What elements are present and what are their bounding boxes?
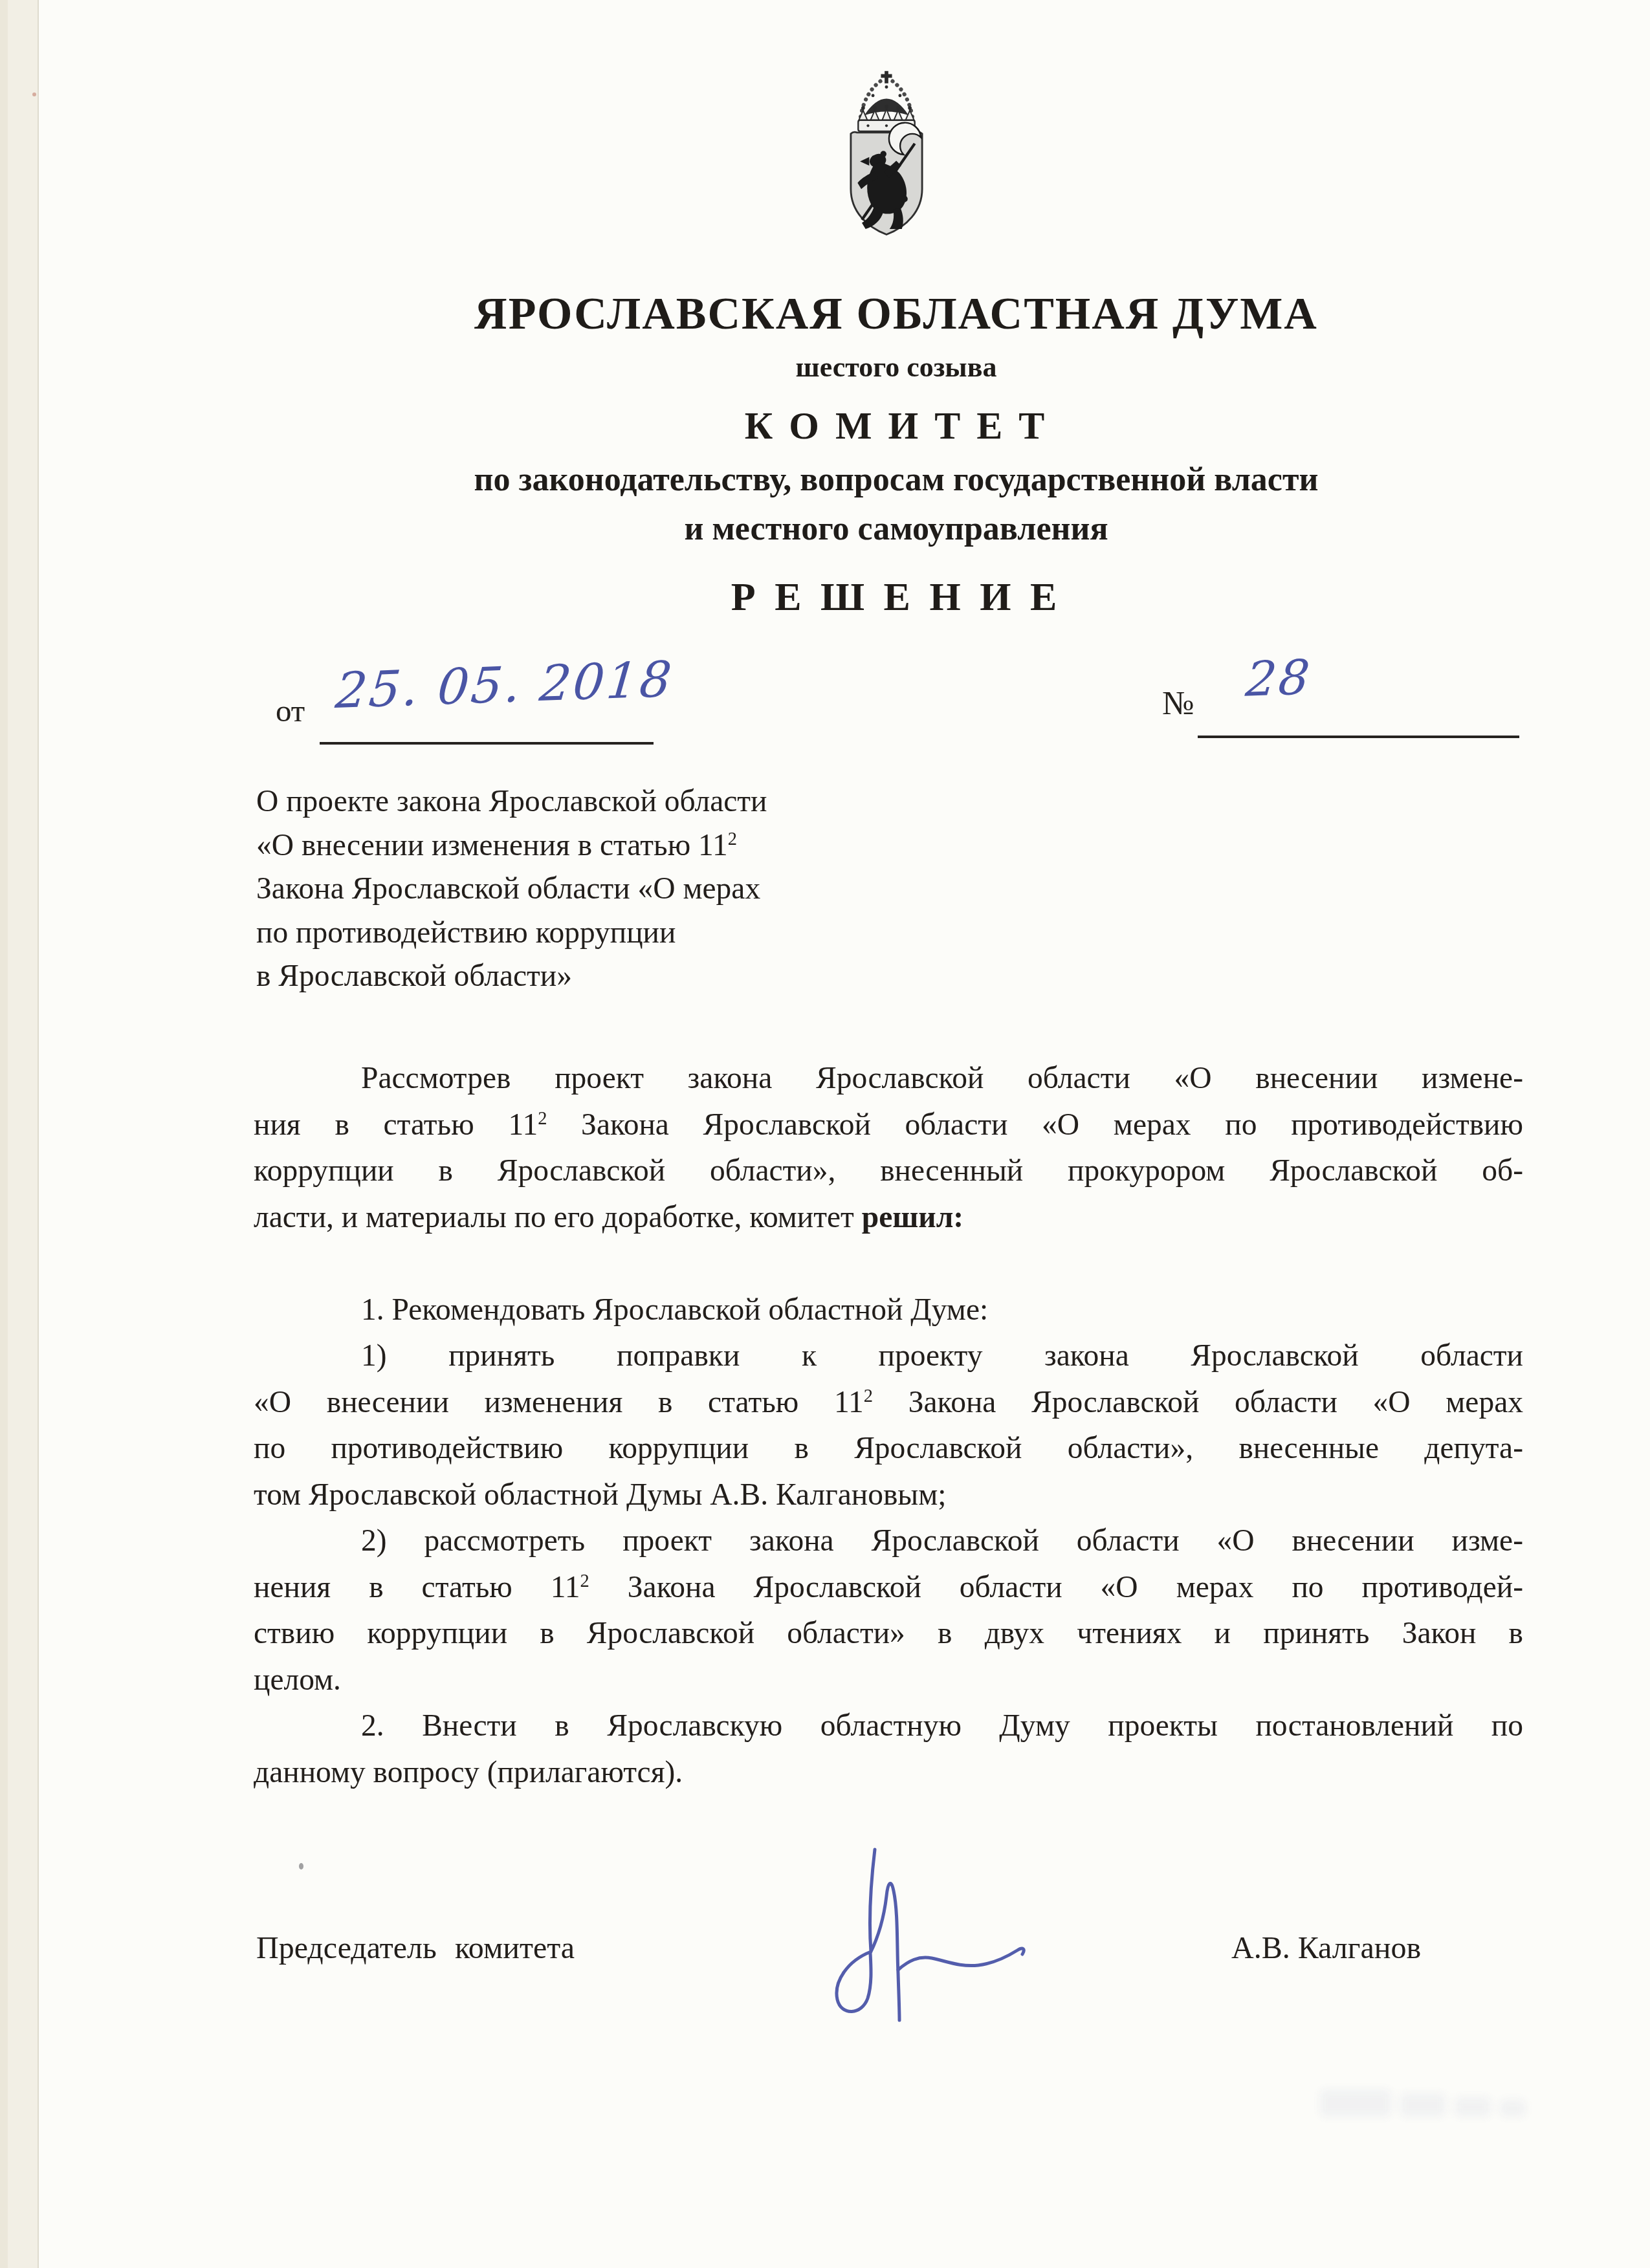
signature-position-label: Председатель комитета (256, 1930, 575, 1966)
body-line: «О внесении изменения в статью 112 Закон… (254, 1380, 1523, 1426)
subject-line: О проекте закона Ярославской области (256, 780, 1065, 824)
subject-line: «О внесении изменения в статью 112 (256, 824, 1065, 868)
header-organization: ЯРОСЛАВСКАЯ ОБЛАСТНАЯ ДУМА (214, 289, 1579, 340)
scan-speck (299, 1863, 303, 1870)
committee-scope-line: по законодательству, вопросам государств… (214, 461, 1579, 499)
body-line: ствию коррупции в Ярославской области» в… (254, 1611, 1523, 1657)
superscript: 2 (538, 1109, 547, 1129)
blank-line (254, 1241, 1523, 1287)
scan-left-edge (0, 0, 39, 2268)
date-value-handwritten: 25. 05. 2018 (333, 650, 676, 719)
subject-line: в Ярославской области» (256, 955, 1065, 999)
body-line: 1) принять поправки к проекту закона Яро… (254, 1333, 1523, 1380)
body-line-text: Закона Ярославской области «О мерах (873, 1386, 1523, 1419)
item-2-line: данному вопросу (прилагаются). (254, 1750, 1523, 1796)
body-line: по противодействию коррупции в Ярославск… (254, 1426, 1523, 1472)
body-line-text: Закона Ярославской области «О мерах по п… (589, 1571, 1523, 1604)
subject-line: Закона Ярославской области «О мерах (256, 867, 1065, 911)
body-line-text: Закона Ярославской области «О мерах по п… (547, 1108, 1523, 1142)
item-2-line: 2. Внести в Ярославскую областную Думу п… (254, 1703, 1523, 1750)
scan-speck (32, 93, 36, 96)
subject-block: О проекте закона Ярославской области «О … (256, 780, 1065, 999)
body-line: 2) рассмотреть проект закона Ярославской… (254, 1518, 1523, 1565)
signature-name: А.В. Калганов (1231, 1930, 1421, 1966)
decided-bold-text: решил: (862, 1201, 963, 1234)
bleed-through-smudge (1320, 2089, 1579, 2148)
body-line: ласти, и материалы по его доработке, ком… (254, 1195, 1523, 1241)
number-value-handwritten: 28 (1244, 649, 1314, 707)
body-line: целом. (254, 1657, 1523, 1704)
item-1-header: 1. Рекомендовать Ярославской областной Д… (254, 1287, 1523, 1334)
coat-of-arms-icon (825, 69, 948, 241)
superscript: 2 (864, 1386, 873, 1406)
subject-line-text: «О внесении изменения в статью 11 (256, 829, 728, 862)
number-label: № (1162, 684, 1194, 723)
date-label: от (276, 692, 305, 729)
superscript: 2 (728, 829, 737, 849)
date-underline (320, 742, 654, 745)
crown-cross (881, 71, 892, 83)
body-line-text: «О внесении изменения в статью 11 (254, 1386, 864, 1419)
body-line-text: нения в статью 11 (254, 1571, 580, 1604)
resolution-body: Рассмотрев проект закона Ярославской обл… (254, 1056, 1523, 1796)
committee-heading: К О М И Т Е Т (214, 404, 1579, 448)
number-underline (1198, 736, 1519, 738)
body-line: ния в статью 112 Закона Ярославской обла… (254, 1102, 1523, 1149)
body-line: коррупции в Ярославской области», внесен… (254, 1148, 1523, 1195)
doc-type-heading: Р Е Ш Е Н И Е (214, 574, 1579, 620)
subject-line: по противодействию коррупции (256, 911, 1065, 955)
committee-scope-line: и местного самоуправления (214, 510, 1579, 548)
superscript: 2 (580, 1571, 589, 1591)
header-convocation: шестого созыва (214, 351, 1579, 384)
body-line: Рассмотрев проект закона Ярославской обл… (254, 1056, 1523, 1102)
scanned-resolution-document: ЯРОСЛАВСКАЯ ОБЛАСТНАЯ ДУМА шестого созыв… (0, 0, 1650, 2268)
body-line: том Ярославской областной Думы А.В. Калг… (254, 1472, 1523, 1519)
body-line-text: ния в статью 11 (254, 1108, 538, 1142)
signature-autograph-icon (738, 1840, 1035, 2028)
body-line: нения в статью 112 Закона Ярославской об… (254, 1565, 1523, 1611)
body-line-text: ласти, и материалы по его доработке, ком… (254, 1201, 862, 1234)
